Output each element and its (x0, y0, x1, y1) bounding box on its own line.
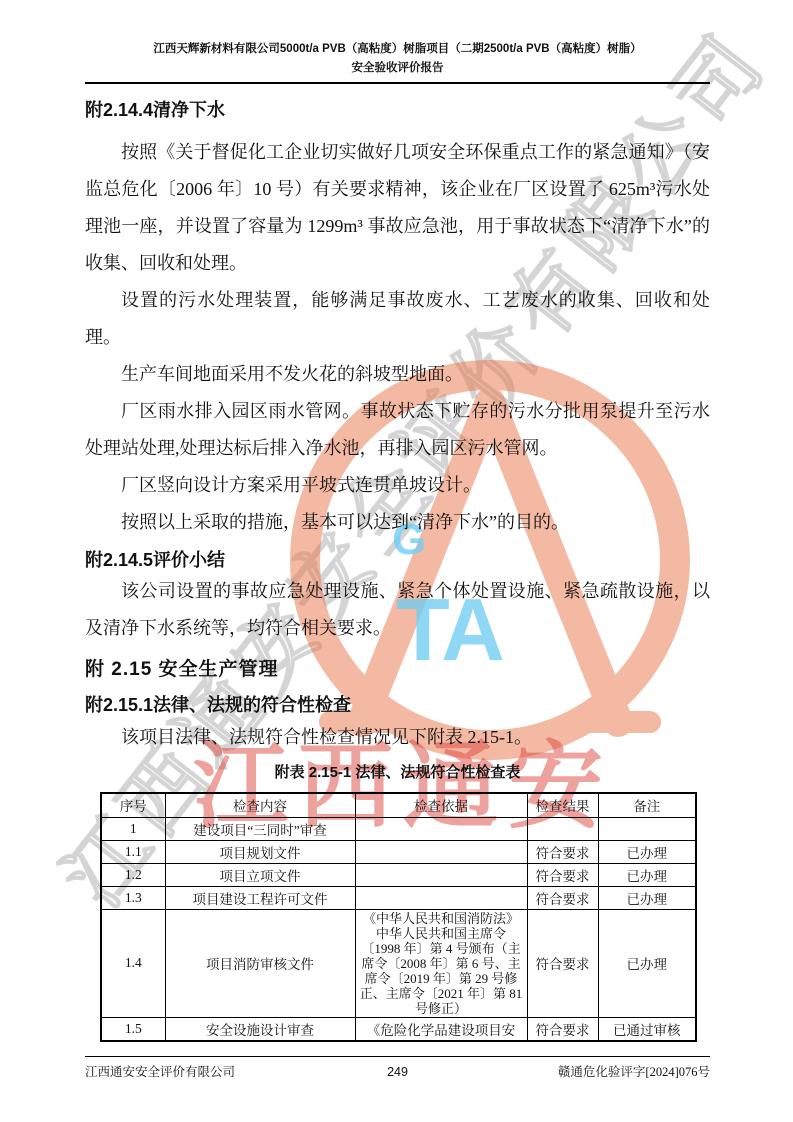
cell-index: 1.4 (101, 909, 165, 1017)
document-header: 江西天辉新材料有限公司5000t/a PVB（高粘度）树脂项目（二期2500t/… (85, 40, 710, 84)
cell-result (527, 817, 598, 840)
paragraph-7: 该公司设置的事故应急处理设施、紧急个体处置设施、紧急疏散设施，以及清净下水系统等… (85, 573, 710, 647)
cell-basis (355, 863, 527, 886)
header-title-line2: 安全验收评价报告 (85, 59, 710, 78)
cell-content: 项目立项文件 (165, 863, 355, 886)
col-header-remark: 备注 (598, 793, 696, 817)
cell-remark: 已办理 (598, 863, 696, 886)
cell-remark: 已通过审核 (598, 1017, 696, 1041)
heading-2-15: 附 2.15 安全生产管理 (85, 655, 710, 685)
body-text-block-2: 该公司设置的事故应急处理设施、紧急个体处置设施、紧急疏散设施，以及清净下水系统等… (85, 573, 710, 647)
cell-content: 建设项目“三同时”审查 (165, 817, 355, 840)
table-row: 1.5 安全设施设计审查 《危险化学品建设项目安 符合要求 已通过审核 (101, 1017, 696, 1041)
cell-index: 1.2 (101, 863, 165, 886)
cell-result: 符合要求 (527, 863, 598, 886)
cell-result: 符合要求 (527, 1017, 598, 1041)
cell-remark: 已办理 (598, 886, 696, 909)
col-header-result: 检查结果 (527, 793, 598, 817)
paragraph-5: 厂区竖向设计方案采用平坡式连贯单坡设计。 (85, 467, 710, 504)
heading-2-14-5: 附2.14.5评价小结 (85, 547, 710, 573)
table-row: 1.4 项目消防审核文件 《中华人民共和国消防法》中华人民共和国主席令〔1998… (101, 909, 696, 1017)
cell-result: 符合要求 (527, 909, 598, 1017)
cell-remark: 已办理 (598, 909, 696, 1017)
body-text-block-3: 该项目法律、法规符合性检查情况见下附表 2.15-1。 (85, 719, 710, 756)
table-row: 1.3 项目建设工程许可文件 符合要求 已办理 (101, 886, 696, 909)
table-row: 1.2 项目立项文件 符合要求 已办理 (101, 863, 696, 886)
paragraph-1: 按照《关于督促化工企业切实做好几项安全环保重点工作的紧急通知》（安监总危化〔20… (85, 134, 710, 282)
page-footer: 江西通安安全评价有限公司 249 赣通危化验评字[2024]076号 (85, 1056, 710, 1080)
cell-remark (598, 817, 696, 840)
table-caption: 附表 2.15-1 法律、法规符合性检查表 (85, 762, 710, 784)
cell-content: 项目建设工程许可文件 (165, 886, 355, 909)
cell-basis (355, 817, 527, 840)
cell-index: 1.3 (101, 886, 165, 909)
cell-content: 项目规划文件 (165, 840, 355, 863)
col-header-content: 检查内容 (165, 793, 355, 817)
table-row: 1.1 项目规划文件 符合要求 已办理 (101, 840, 696, 863)
table-header-row: 序号 检查内容 检查依据 检查结果 备注 (101, 793, 696, 817)
footer-page-number: 249 (293, 1065, 501, 1079)
header-title-line1: 江西天辉新材料有限公司5000t/a PVB（高粘度）树脂项目（二期2500t/… (85, 40, 710, 59)
cell-basis: 《中华人民共和国消防法》中华人民共和国主席令〔1998 年〕第 4 号颁布（主席… (355, 909, 527, 1017)
paragraph-8: 该项目法律、法规符合性检查情况见下附表 2.15-1。 (85, 719, 710, 756)
paragraph-6: 按照以上采取的措施，基本可以达到“清净下水”的目的。 (85, 504, 710, 541)
paragraph-4: 厂区雨水排入园区雨水管网。事故状态下贮存的污水分批用泵提升至污水处理站处理,处理… (85, 393, 710, 467)
cell-basis: 《危险化学品建设项目安 (355, 1017, 527, 1041)
body-text-block: 按照《关于督促化工企业切实做好几项安全环保重点工作的紧急通知》（安监总危化〔20… (85, 134, 710, 541)
cell-basis (355, 840, 527, 863)
footer-company: 江西通安安全评价有限公司 (85, 1062, 293, 1080)
cell-index: 1.5 (101, 1017, 165, 1041)
paragraph-2: 设置的污水处理装置，能够满足事故废水、工艺废水的收集、回收和处理。 (85, 282, 710, 356)
cell-content: 项目消防审核文件 (165, 909, 355, 1017)
col-header-index: 序号 (101, 793, 165, 817)
compliance-check-table: 序号 检查内容 检查依据 检查结果 备注 1 建设项目“三同时”审查 1.1 项… (100, 792, 697, 1042)
col-header-basis: 检查依据 (355, 793, 527, 817)
document-page: 江西通安安全评价有限公司 G TA 江西通安 江西天辉新材料有限公司5000t/… (0, 0, 793, 1122)
heading-2-14-4: 附2.14.4清净下水 (85, 98, 710, 122)
cell-basis (355, 886, 527, 909)
heading-2-15-1: 附2.15.1法律、法规的符合性检查 (85, 691, 710, 719)
cell-result: 符合要求 (527, 886, 598, 909)
page-content: 江西天辉新材料有限公司5000t/a PVB（高粘度）树脂项目（二期2500t/… (85, 40, 710, 1042)
cell-remark: 已办理 (598, 840, 696, 863)
cell-result: 符合要求 (527, 840, 598, 863)
paragraph-3: 生产车间地面采用不发火花的斜坡型地面。 (85, 356, 710, 393)
footer-doc-number: 赣通危化验评字[2024]076号 (502, 1062, 710, 1080)
cell-index: 1.1 (101, 840, 165, 863)
table-row: 1 建设项目“三同时”审查 (101, 817, 696, 840)
cell-content: 安全设施设计审查 (165, 1017, 355, 1041)
cell-index: 1 (101, 817, 165, 840)
